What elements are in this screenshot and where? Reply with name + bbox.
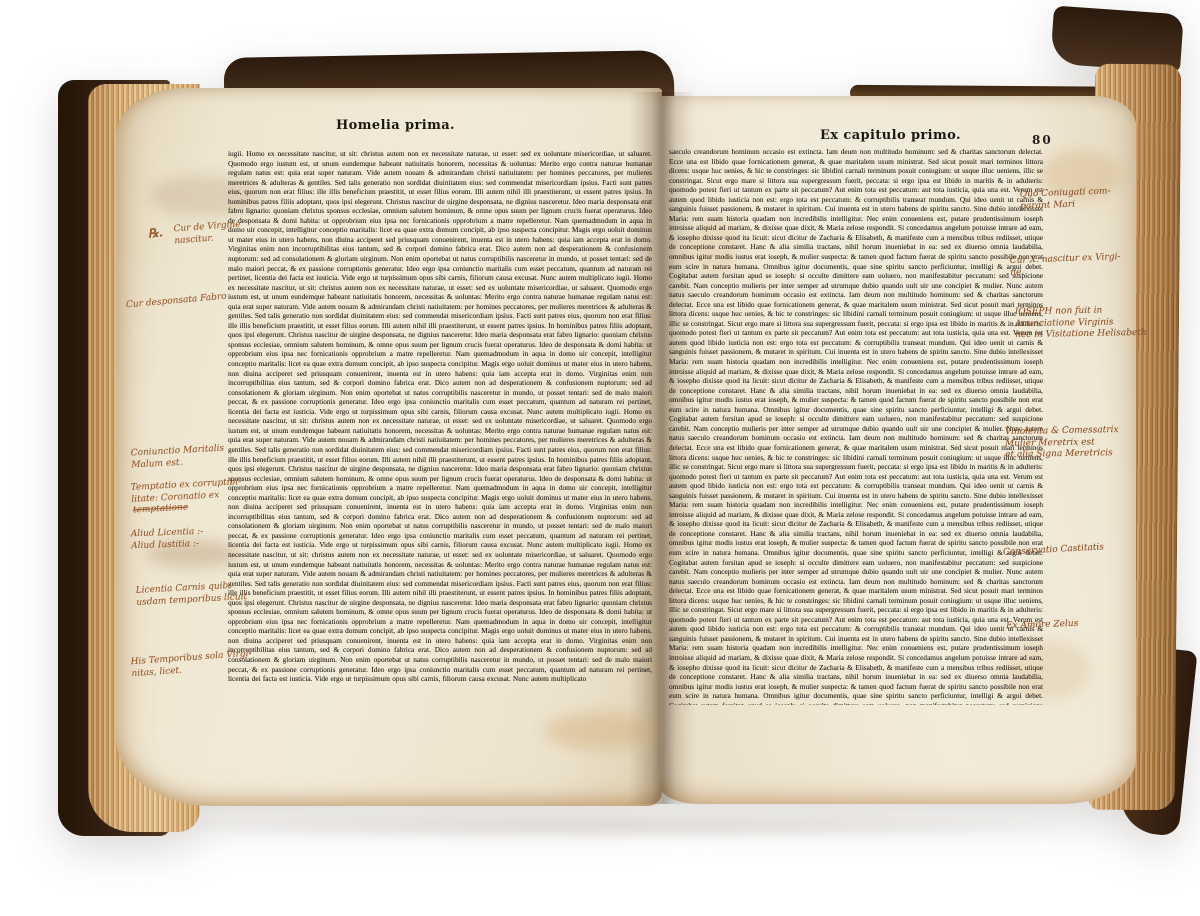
right-page-running-title: Ex capitulo primo. bbox=[820, 128, 961, 143]
left-page-running-title: Homelia prima. bbox=[336, 118, 455, 133]
page-number: 80 bbox=[1032, 133, 1053, 147]
stain bbox=[545, 712, 655, 750]
photo-background: Homelia prima. iugii. Homo ex necessitat… bbox=[0, 0, 1200, 916]
marginal-note: Quo Coniugati com- parant Mari bbox=[1020, 186, 1111, 212]
marginal-note: Cur X. nascitur ex Virgi- ne. bbox=[1010, 252, 1121, 279]
left-page-body-text: iugii. Homo ex necessitate nascitur, ut … bbox=[228, 149, 652, 713]
marginal-note: Vinolenta & Comessatrix Mulier Meretrix … bbox=[1005, 425, 1119, 461]
marginal-note: IOSEPH non fuit in Anunciatione Virginis… bbox=[1015, 305, 1147, 342]
marginal-note: Cur de Virgine nascitur. bbox=[173, 220, 242, 248]
right-page-body-text: saeculo creandorum hominum occasio est e… bbox=[669, 147, 1043, 705]
open-book: Homelia prima. iugii. Homo ex necessitat… bbox=[0, 0, 1200, 916]
marginal-note: Coniunctio Maritalis Malum est. bbox=[130, 444, 225, 472]
marginal-note: Aliud Licentia :- Aliud Iustitia :- bbox=[131, 527, 204, 553]
annotation-mark: ℞. bbox=[147, 227, 163, 240]
top-right-cover-corner bbox=[1050, 6, 1184, 73]
